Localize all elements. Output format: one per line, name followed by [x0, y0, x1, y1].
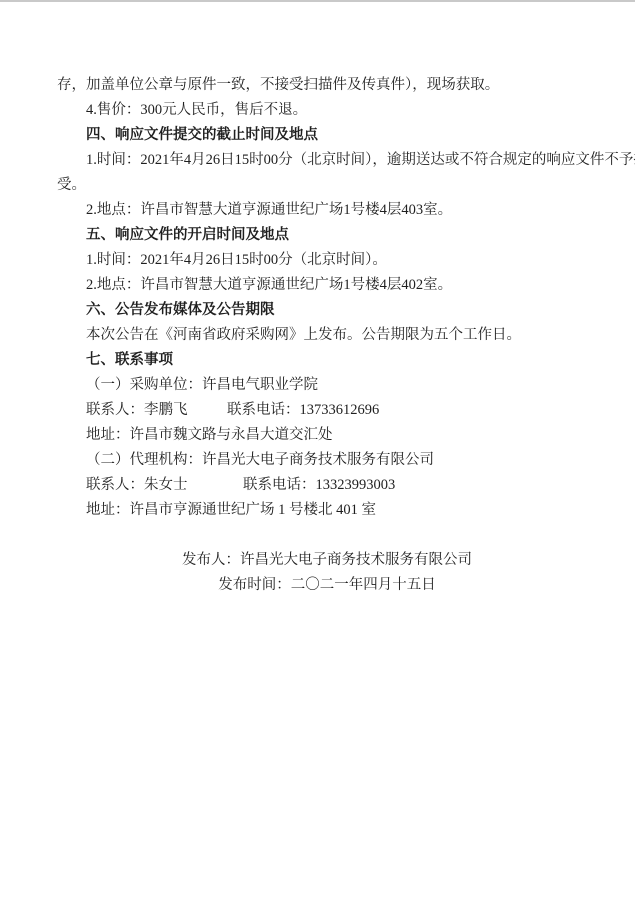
document-page: 存，加盖单位公章与原件一致，不接受扫描件及传真件），现场获取。 4.售价：300… [0, 0, 635, 898]
page-top-edge [0, 0, 635, 2]
continuation-text-line: 存，加盖单位公章与原件一致，不接受扫描件及传真件），现场获取。 [57, 73, 597, 98]
agency-contact-line: 联系人：朱女士 联系电话：13323993003 [57, 473, 597, 498]
opening-time-line: 1.时间：2021年4月26日15时00分（北京时间）。 [57, 248, 597, 273]
publish-date-line: 发布时间：二〇二一年四月十五日 [57, 573, 597, 598]
announcement-media-line: 本次公告在《河南省政府采购网》上发布。公告期限为五个工作日。 [57, 323, 597, 348]
section-heading-4: 四、响应文件提交的截止时间及地点 [57, 123, 597, 148]
purchaser-contact-name: 联系人：李鹏飞 [57, 402, 188, 418]
opening-location-line: 2.地点：许昌市智慧大道亨源通世纪广场1号楼4层402室。 [57, 273, 597, 298]
price-line: 4.售价：300元人民币，售后不退。 [57, 98, 597, 123]
submission-deadline-wrap-line: 受。 [57, 173, 597, 198]
agency-contact-phone: 联系电话：13323993003 [243, 473, 395, 498]
submission-location-line: 2.地点：许昌市智慧大道亨源通世纪广场1号楼4层403室。 [57, 198, 597, 223]
purchaser-address-line: 地址：许昌市魏文路与永昌大道交汇处 [57, 423, 597, 448]
submission-deadline-time-line: 1.时间：2021年4月26日15时00分（北京时间），逾期送达或不符合规定的响… [57, 148, 597, 173]
document-body: 存，加盖单位公章与原件一致，不接受扫描件及传真件），现场获取。 4.售价：300… [57, 73, 597, 598]
agency-address-line: 地址：许昌市亨源通世纪广场 1 号楼北 401 室 [57, 498, 597, 523]
agency-contact-name: 联系人：朱女士 [57, 477, 188, 493]
agency-line: （二）代理机构：许昌光大电子商务技术服务有限公司 [57, 448, 597, 473]
purchaser-line: （一）采购单位：许昌电气职业学院 [57, 373, 597, 398]
section-heading-6: 六、公告发布媒体及公告期限 [57, 298, 597, 323]
section-heading-7: 七、联系事项 [57, 348, 597, 373]
purchaser-contact-phone: 联系电话：13733612696 [227, 398, 379, 423]
section-heading-5: 五、响应文件的开启时间及地点 [57, 223, 597, 248]
publisher-line: 发布人：许昌光大电子商务技术服务有限公司 [57, 548, 597, 573]
blank-line [57, 523, 597, 548]
purchaser-contact-line: 联系人：李鹏飞 联系电话：13733612696 [57, 398, 597, 423]
